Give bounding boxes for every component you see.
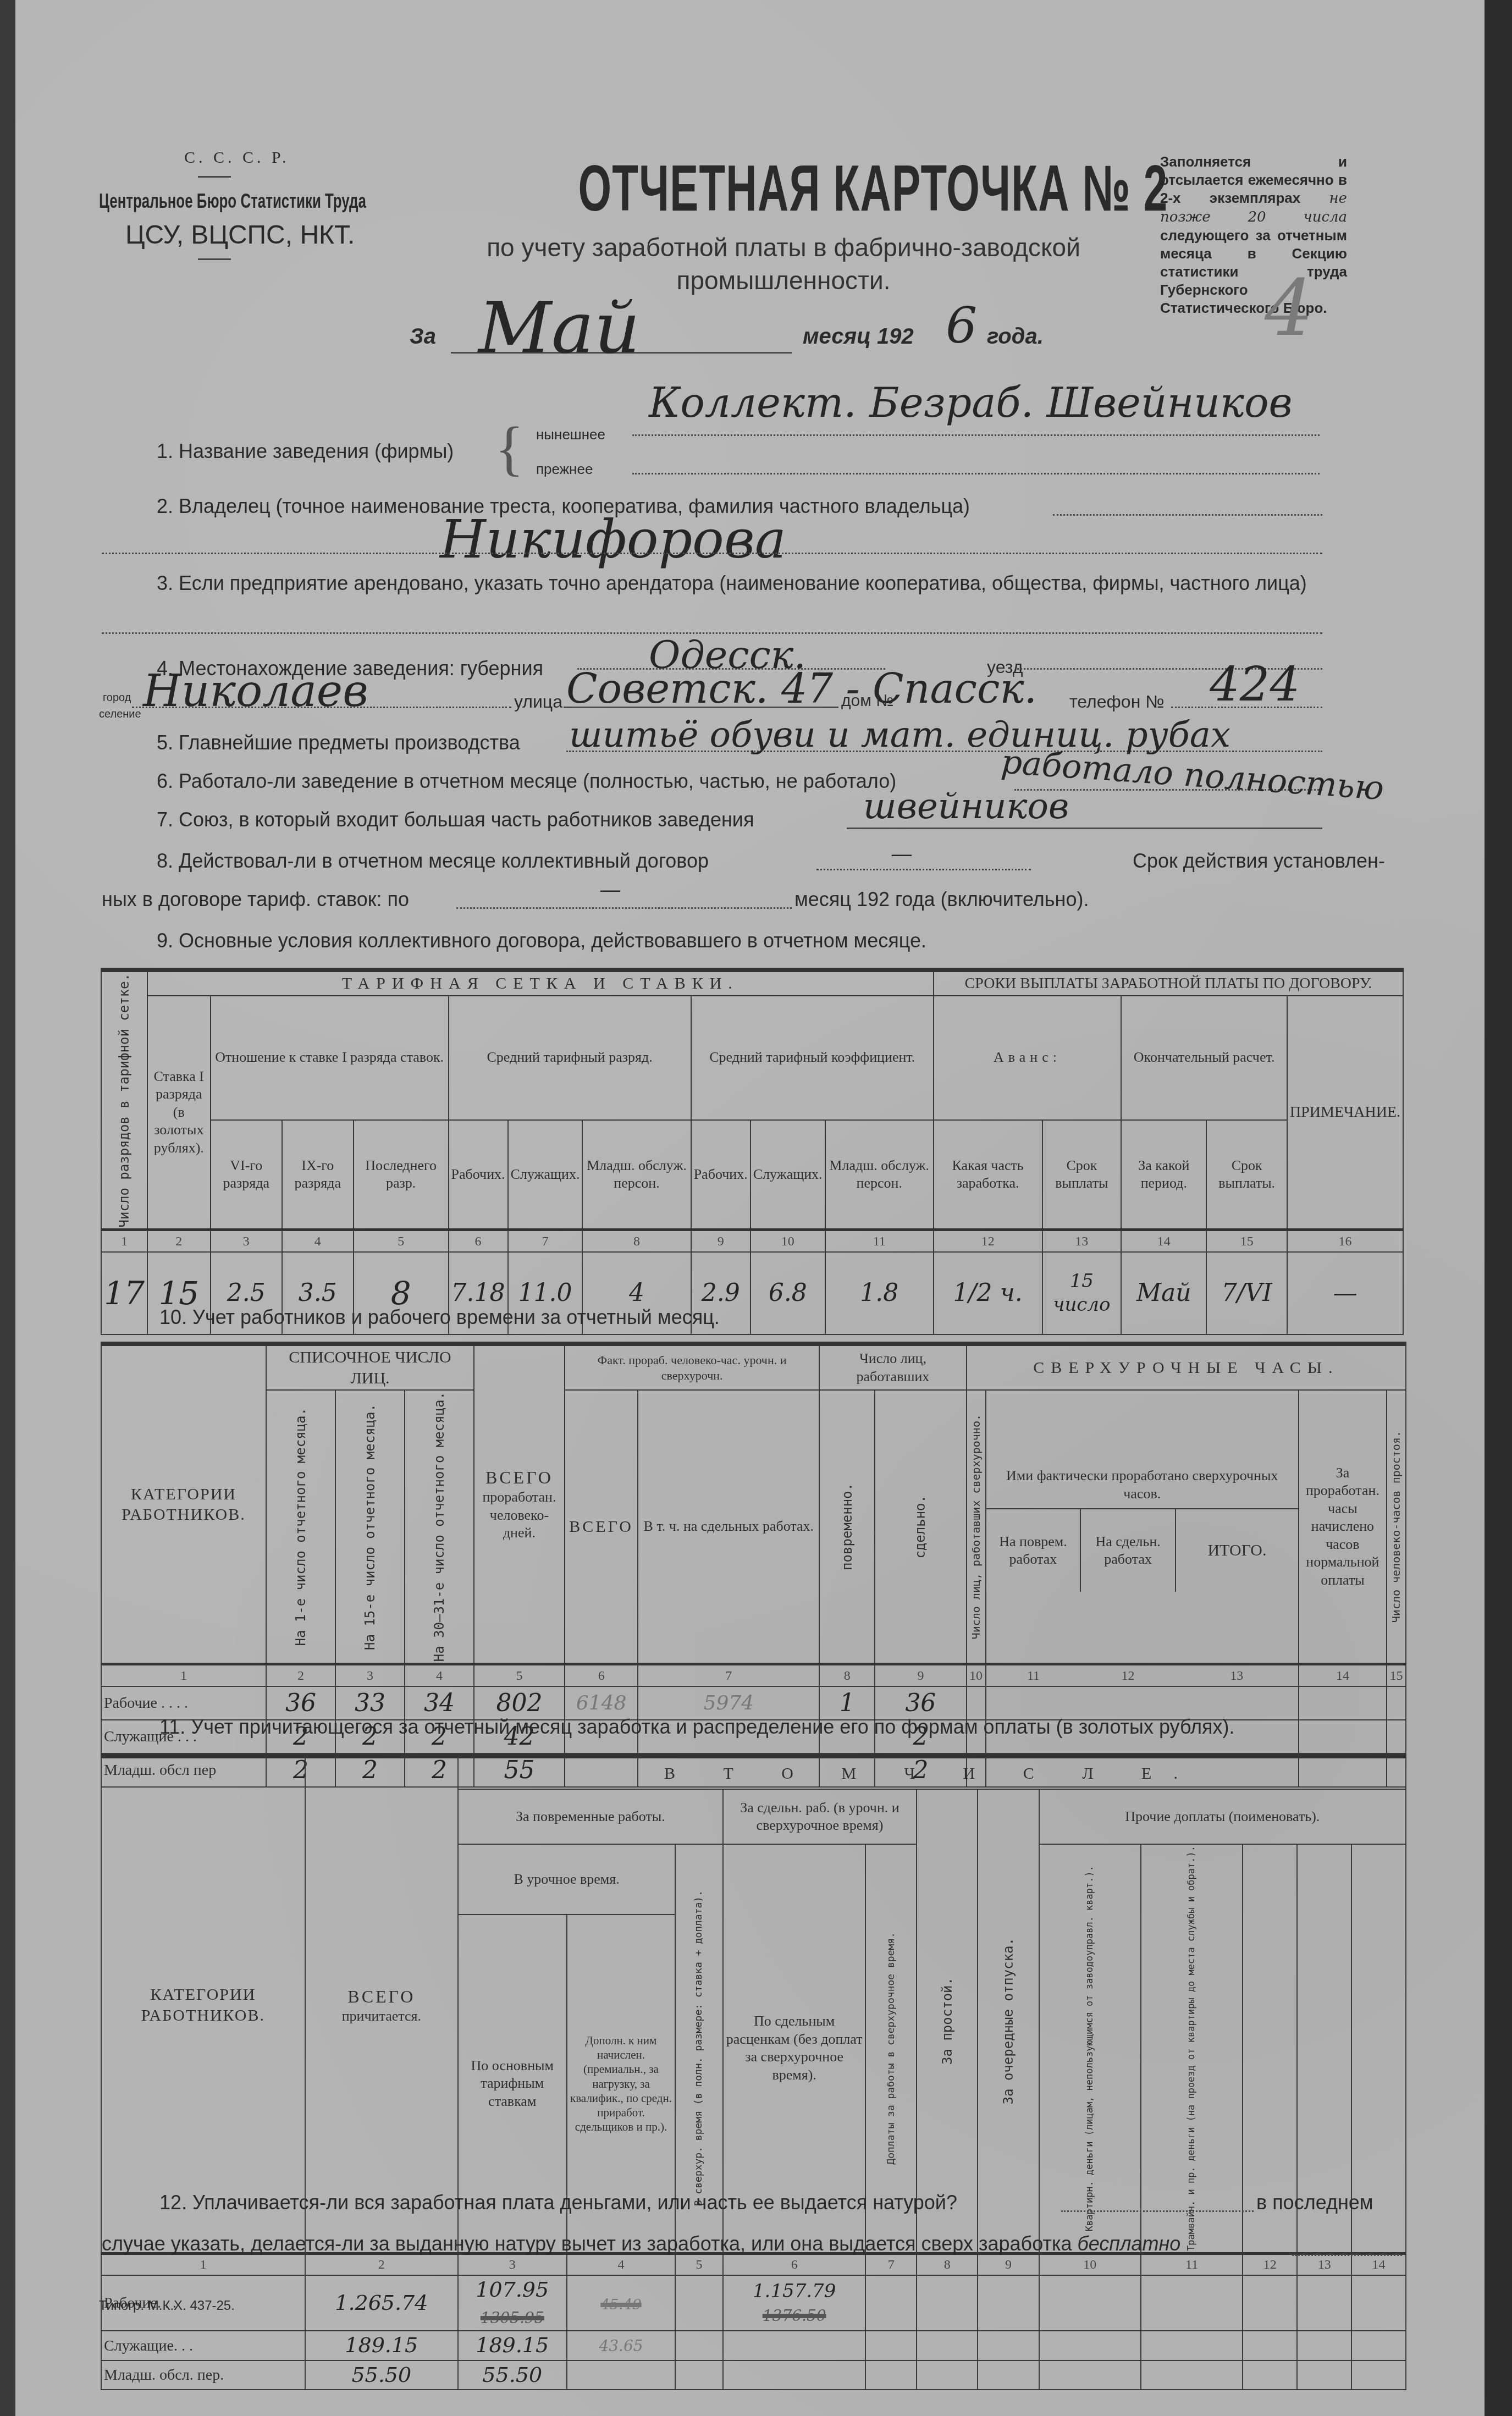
period-year-value[interactable]: 6	[946, 297, 977, 355]
col-number: 8	[582, 1230, 691, 1252]
col-number: 3	[335, 1664, 405, 1686]
col-notes-header: ПРИМЕЧАНИЕ.	[1287, 996, 1403, 1230]
col-number: 8	[917, 2253, 978, 2275]
col-total-days-header: ВСЕГО проработан. человеко-дней.	[474, 1344, 565, 1664]
group-pay-schedule: СРОКИ ВЫПЛАТЫ ЗАРАБОТНОЙ ПЛАТЫ ПО ДОГОВО…	[934, 970, 1403, 996]
col-idle-hours: Число человеко-часов простоя.	[1387, 1390, 1406, 1664]
cell[interactable]	[1351, 2275, 1406, 2331]
col-transport: Трамвайн. и пр. деньги (на проезд от ква…	[1141, 1844, 1243, 2253]
col-number: 1	[101, 1664, 266, 1686]
q1-label: 1. Название заведения (фирмы)	[157, 440, 454, 463]
cell[interactable]	[1387, 1686, 1406, 1720]
col-total-header: ВСЕГО причитается.	[305, 1756, 458, 2253]
group-time-work: За повременные работы.	[458, 1789, 723, 1844]
cell[interactable]: 1.265.74	[305, 2275, 458, 2331]
q8-value[interactable]: —	[891, 841, 913, 867]
q7-value[interactable]: швейников	[863, 786, 1069, 827]
col-final-date: Срок выплаты.	[1206, 1120, 1287, 1230]
total-label: ВСЕГО	[308, 1985, 455, 2007]
col-number: 1	[101, 1230, 147, 1252]
row-label: Младш. обсл. пер.	[101, 2360, 305, 2390]
period-suffix: года.	[987, 324, 1044, 349]
col-vacation: За очередные отпуска.	[978, 1789, 1039, 2253]
col-advance-part: Какая часть заработка.	[934, 1120, 1042, 1230]
col-number: 9	[691, 1230, 751, 1252]
cell[interactable]: 802	[474, 1686, 565, 1720]
col-number: 15	[1206, 1230, 1287, 1252]
cell[interactable]	[978, 2275, 1039, 2331]
col-count-1st: На 1-е число отчетного месяца.	[266, 1390, 335, 1664]
col-count-30th: На 30—31-е число отчетного месяца.	[405, 1390, 474, 1664]
q8-line2-value[interactable]: —	[599, 877, 621, 902]
corner-annotation: 4	[1265, 264, 1314, 354]
cell[interactable]: 1	[819, 1686, 875, 1720]
col-last-grade-header: Последнего разр.	[354, 1120, 449, 1230]
table-collective-agreement: Число разрядов в тарифной сетке. ТАРИФНА…	[101, 968, 1404, 1335]
col-number: 6	[449, 1230, 508, 1252]
section12-answer-line[interactable]	[1061, 2210, 1254, 2212]
col-number: 7	[508, 1230, 583, 1252]
q5-value[interactable]: шитьё обуви и мат. единиц. рубах	[569, 715, 1230, 755]
col-idle: За простой.	[917, 1789, 978, 2253]
col-number: 3	[211, 1230, 282, 1252]
q4-city-label: город	[103, 692, 131, 704]
section12-line1: 12. Уплачивается-ли вся заработная плата…	[159, 2191, 957, 2214]
note-text: Заполняется и отсылается ежемесячно в 2-…	[1160, 153, 1347, 206]
value-notes[interactable]: —	[1287, 1252, 1403, 1334]
col-piece-based: сдельно.	[875, 1390, 966, 1664]
group-other: Прочие доплаты (поименовать).	[1039, 1789, 1406, 1844]
cell[interactable]	[1141, 2275, 1243, 2331]
total-sublabel: причитается.	[308, 2007, 455, 2026]
col-number: 7	[865, 2253, 917, 2275]
col-time-based: повременно.	[819, 1390, 875, 1664]
divider	[198, 176, 231, 178]
q8-label: 8. Действовал-ли в отчетном месяце колле…	[157, 850, 709, 873]
struck-value: 1305.95	[481, 2309, 544, 2327]
group-avg-coef: Средний тарифный коэффициент.	[691, 996, 934, 1120]
col-number: 10	[1039, 2253, 1141, 2275]
section12-answer-line-2[interactable]	[1292, 2254, 1402, 2256]
q1-current-label: нынешнее	[536, 426, 605, 443]
col-number: 15	[1387, 1664, 1406, 1686]
col-number: 13	[1297, 2253, 1351, 2275]
group-regular-time: В урочное время.	[458, 1844, 676, 1915]
group-ratio: Отношение к ставке I разряда ставок.	[211, 996, 449, 1120]
col-final-period: За какой период.	[1121, 1120, 1206, 1230]
q7-label: 7. Союз, в который входит большая часть …	[157, 808, 754, 831]
col-number: 2	[147, 1230, 211, 1252]
cell[interactable]	[865, 2275, 917, 2331]
cell[interactable]: 107.95 1305.95	[458, 2275, 567, 2331]
col-number: 8	[819, 1664, 875, 1686]
col-number-group: 111213	[986, 1664, 1299, 1686]
cell[interactable]	[1243, 2360, 1297, 2390]
group-piece-work: За сдельн. раб. (в урочн. и сверхурочное…	[723, 1789, 917, 1844]
cell[interactable]	[865, 2360, 917, 2390]
col-overtime-total: ИТОГО.	[1176, 1509, 1298, 1592]
cell[interactable]: 36	[875, 1686, 966, 1720]
col-number: 5	[675, 2253, 723, 2275]
q3-label: 3. Если предприятие арендовано, указать …	[157, 572, 1307, 595]
col-grade6-header: VI-го разряда	[211, 1120, 282, 1230]
section10-title: 10. Учет работников и рабочего времени з…	[159, 1306, 720, 1329]
col-number: 6	[565, 1664, 638, 1686]
submission-note: Заполняется и отсылается ежемесячно в 2-…	[1160, 153, 1347, 317]
row-label: Рабочие . . . .	[101, 1686, 266, 1720]
col-number: 12	[1081, 1668, 1176, 1684]
table-row-employees: Служащие. . . 189.15 189.15 43.65	[101, 2331, 1406, 2360]
col-overtime-time: На поврем. работах	[986, 1509, 1081, 1592]
table-row-workers: Рабочие . . . . 36 33 34 802 6148 5974 1…	[101, 1686, 1406, 1720]
col-avg-grade-employees: Служащих.	[508, 1120, 583, 1230]
value-advance-part[interactable]: 1/2 ч.	[934, 1252, 1042, 1334]
period-prefix: За	[410, 324, 436, 349]
q8-term-label: Срок действия установлен-	[1133, 850, 1385, 873]
value-avg-coef-employees[interactable]: 6.8	[751, 1252, 825, 1334]
cell[interactable]	[1141, 2360, 1243, 2390]
col-number: 4	[567, 2253, 676, 2275]
col-avg-coef-employees: Служащих.	[751, 1120, 825, 1230]
group-tariff: ТАРИФНАЯ СЕТКА И СТАВКИ.	[147, 970, 934, 996]
cell[interactable]	[675, 2360, 723, 2390]
group-list-count: СПИСОЧНОЕ ЧИСЛО ЛИЦ.	[266, 1344, 474, 1390]
q8-line2	[456, 907, 792, 909]
col-number: 13	[1175, 1668, 1298, 1684]
cell[interactable]	[1243, 2331, 1297, 2360]
col-rate-header: Ставка I разряда (в золотых рублях).	[147, 996, 211, 1230]
value-final-date[interactable]: 7/VI	[1206, 1252, 1287, 1334]
col-grade9-header: IX-го разряда	[282, 1120, 354, 1230]
q7-line	[847, 828, 1322, 829]
cell[interactable]	[978, 2331, 1039, 2360]
value-avg-coef-junior[interactable]: 1.8	[825, 1252, 934, 1334]
q4-village-label: селение	[99, 708, 141, 721]
col-avg-coef-workers: Рабочих.	[691, 1120, 751, 1230]
period-mid: месяц 192	[803, 324, 914, 349]
col-housing: Квартирн. деньги (лицам, непользующимся …	[1039, 1844, 1141, 2253]
note-text: следующего за отчетным месяца в Секцию с…	[1160, 227, 1347, 316]
q2-value[interactable]: Никифорова	[440, 509, 786, 570]
col-normal-pay-hours: За проработан. часы начислено часов норм…	[1299, 1390, 1387, 1664]
q8-line	[816, 869, 1031, 870]
cell[interactable]	[917, 2275, 978, 2331]
col-category-header: КАТЕГОРИИ РАБОТНИКОВ.	[101, 1344, 266, 1664]
q4-house-label: дом №	[841, 692, 893, 710]
col-number: 2	[266, 1664, 335, 1686]
col-number: 4	[282, 1230, 354, 1252]
section12-line2: случае указать, делается-ли за выданную …	[102, 2232, 1180, 2255]
q2-line-2	[102, 553, 1322, 554]
brace: {	[495, 418, 524, 478]
period-month-value[interactable]: Май	[478, 286, 640, 369]
country-label: С. С. С. Р.	[184, 148, 289, 167]
group-overtime-fact: Ими фактически проработано сверхурочных …	[986, 1390, 1299, 1664]
col-number: 14	[1299, 1664, 1387, 1686]
col-number: 11	[1141, 2253, 1243, 2275]
q9-label: 9. Основные условия коллективного догово…	[157, 929, 926, 952]
cell[interactable]	[1297, 2331, 1351, 2360]
col-count-15th: На 15-е число отчетного месяца.	[335, 1390, 405, 1664]
col-category-header: КАТЕГОРИИ РАБОТНИКОВ.	[101, 1756, 305, 2253]
col-avg-grade-workers: Рабочих.	[449, 1120, 508, 1230]
cell[interactable]	[675, 2331, 723, 2360]
value-grades-count[interactable]: 17	[101, 1252, 147, 1334]
q4-phone-label: телефон №	[1069, 692, 1165, 712]
value-advance-date[interactable]: 15 число	[1042, 1252, 1122, 1334]
group-overtime: СВЕРХУРОЧНЫЕ ЧАСЫ.	[967, 1344, 1406, 1390]
cell[interactable]	[1039, 2360, 1141, 2390]
total-label: ВСЕГО	[477, 1466, 562, 1488]
table-row-workers: Рабочие. . . 1.265.74 107.95 1305.95 45.…	[101, 2275, 1406, 2331]
cell[interactable]	[675, 2275, 723, 2331]
col-number: 7	[638, 1664, 819, 1686]
col-number: 4	[405, 1664, 474, 1686]
col-number: 13	[1042, 1230, 1122, 1252]
divider	[198, 258, 231, 260]
col-number: 5	[354, 1230, 449, 1252]
cell[interactable]: 6148	[565, 1686, 638, 1720]
form-title: ОТЧЕТНАЯ КАРТОЧКА № 2	[578, 151, 1168, 226]
cell[interactable]: 189.15	[458, 2331, 567, 2360]
col-grades-count-header: Число разрядов в тарифной сетке.	[101, 970, 147, 1230]
col-advance-date: Срок выплаты	[1042, 1120, 1122, 1230]
cell[interactable]	[917, 2360, 978, 2390]
group-in-that: В Т О М Ч И С Л Е.	[458, 1756, 1406, 1789]
q4-phone-value[interactable]: 424	[1210, 657, 1300, 712]
col-hours-total: ВСЕГО	[565, 1390, 638, 1664]
q1-former-line[interactable]	[632, 473, 1320, 475]
q6-label: 6. Работало-ли заведение в отчетном меся…	[157, 770, 896, 793]
table-earnings: КАТЕГОРИИ РАБОТНИКОВ. ВСЕГО причитается.…	[101, 1754, 1406, 2390]
q8-line2-suffix: месяц 192 года (включительно).	[794, 888, 1089, 911]
col-avg-grade-junior: Младш. обслуж. персон.	[582, 1120, 691, 1230]
col-avg-coef-junior: Младш. обслуж. персон.	[825, 1120, 934, 1230]
total-sublabel: проработан. человеко-дней.	[477, 1488, 562, 1542]
col-number: 3	[458, 2253, 567, 2275]
col-overtime-piece: На сдельн. работах	[1081, 1509, 1176, 1592]
col-hours-piece: В т. ч. на сдельных работах.	[638, 1390, 819, 1664]
cell[interactable]	[1351, 2360, 1406, 2390]
col-number: 11	[825, 1230, 934, 1252]
q8-line2-prefix: ных в договоре тариф. ставок: по	[102, 888, 409, 911]
group-avg-grade: Средний тарифный разряд.	[449, 996, 691, 1120]
cell[interactable]: 43.65	[567, 2331, 676, 2360]
group-hours: Факт. прораб. человеко-час. урочн. и све…	[565, 1344, 819, 1390]
col-number: 1	[101, 2253, 305, 2275]
organizations: ЦСУ, ВЦСПС, НКТ.	[125, 220, 355, 250]
col-number: 2	[305, 2253, 458, 2275]
scan-border	[1485, 0, 1512, 2416]
cell[interactable]: 36	[266, 1686, 335, 1720]
value-final-period[interactable]: Май	[1121, 1252, 1206, 1334]
section12-line2-text: случае указать, делается-ли за выданную …	[102, 2232, 1072, 2255]
cell[interactable]	[986, 1686, 1299, 1720]
cell[interactable]	[1039, 2331, 1141, 2360]
group-advance: Аванс:	[934, 996, 1121, 1120]
col-number: 11	[986, 1668, 1081, 1684]
cell[interactable]: 34	[405, 1686, 474, 1720]
section11-title: 11. Учет причитающегося за отчетный меся…	[159, 1716, 1235, 1739]
cell[interactable]	[1039, 2275, 1141, 2331]
cell[interactable]	[1141, 2331, 1243, 2360]
group-final: Окончательный расчет.	[1121, 996, 1287, 1120]
cell[interactable]: 1.157.79 1376.50	[723, 2275, 866, 2331]
printer-mark: Типогр. М.К.Х. 437-25.	[99, 2298, 235, 2314]
q1-current-line	[632, 434, 1320, 436]
cell[interactable]	[1351, 2331, 1406, 2360]
section12-line1-suffix: в последнем	[1256, 2191, 1373, 2214]
col-number: 16	[1287, 1230, 1403, 1252]
q1-former-label: прежнее	[536, 461, 593, 478]
struck-value: 45.49	[600, 2297, 641, 2313]
cell[interactable]	[967, 1686, 986, 1720]
col-number: 14	[1351, 2253, 1406, 2275]
cell[interactable]	[1387, 1720, 1406, 1753]
cell-value: 107.95	[476, 2277, 549, 2302]
struck-value: 1376.50	[763, 2307, 826, 2325]
cell[interactable]: 189.15	[305, 2331, 458, 2360]
cell[interactable]: 5974	[638, 1686, 819, 1720]
cell[interactable]	[1297, 2360, 1351, 2390]
q4-street-value[interactable]: Советск. 47 - Спасск.	[566, 665, 1037, 713]
cell[interactable]	[567, 2360, 676, 2390]
col-number: 9	[978, 2253, 1039, 2275]
cell[interactable]	[723, 2360, 866, 2390]
cell[interactable]	[978, 2360, 1039, 2390]
cell[interactable]: 55.50	[305, 2360, 458, 2390]
col-number: 14	[1121, 1230, 1206, 1252]
q4-street-label: улица	[514, 692, 562, 712]
col-number: 12	[1243, 2253, 1297, 2275]
col-number: 10	[967, 1664, 986, 1686]
cell[interactable]	[1299, 1720, 1387, 1753]
section12-line2-answer[interactable]: бесплатно	[1077, 2232, 1180, 2255]
col-number: 5	[474, 1664, 565, 1686]
cell[interactable]	[723, 2331, 866, 2360]
cell[interactable]	[1299, 1686, 1387, 1720]
col-number: 9	[875, 1664, 966, 1686]
group-persons: Число лиц, работавших	[819, 1344, 966, 1390]
cell[interactable]	[917, 2331, 978, 2360]
cell[interactable]: 33	[335, 1686, 405, 1720]
q1-current-value[interactable]: Коллект. Безраб. Швейников	[649, 379, 1293, 427]
cell[interactable]	[1243, 2275, 1297, 2331]
cell[interactable]: 45.49	[567, 2275, 676, 2331]
col-number: 6	[723, 2253, 866, 2275]
col-number: 12	[934, 1230, 1042, 1252]
overtime-fact-label: Ими фактически проработано сверхурочных …	[986, 1461, 1298, 1509]
cell[interactable]	[865, 2331, 917, 2360]
cell[interactable]: 55.50	[458, 2360, 567, 2390]
row-label: Служащие. . .	[101, 2331, 305, 2360]
q2-line	[1053, 514, 1322, 516]
table-row-junior: Младш. обсл. пер. 55.50 55.50	[101, 2360, 1406, 2390]
col-overtime-persons: Число лиц, работавших сверхурочно.	[967, 1390, 986, 1664]
cell-value: 1.157.79	[753, 2280, 836, 2302]
q5-label: 5. Главнейшие предметы производства	[157, 731, 520, 754]
q4-city-value[interactable]: Николаев	[143, 665, 368, 716]
col-number: 10	[751, 1230, 825, 1252]
cell[interactable]	[1297, 2275, 1351, 2331]
bureau-name: Центральное Бюро Статистики Труда	[99, 190, 366, 213]
